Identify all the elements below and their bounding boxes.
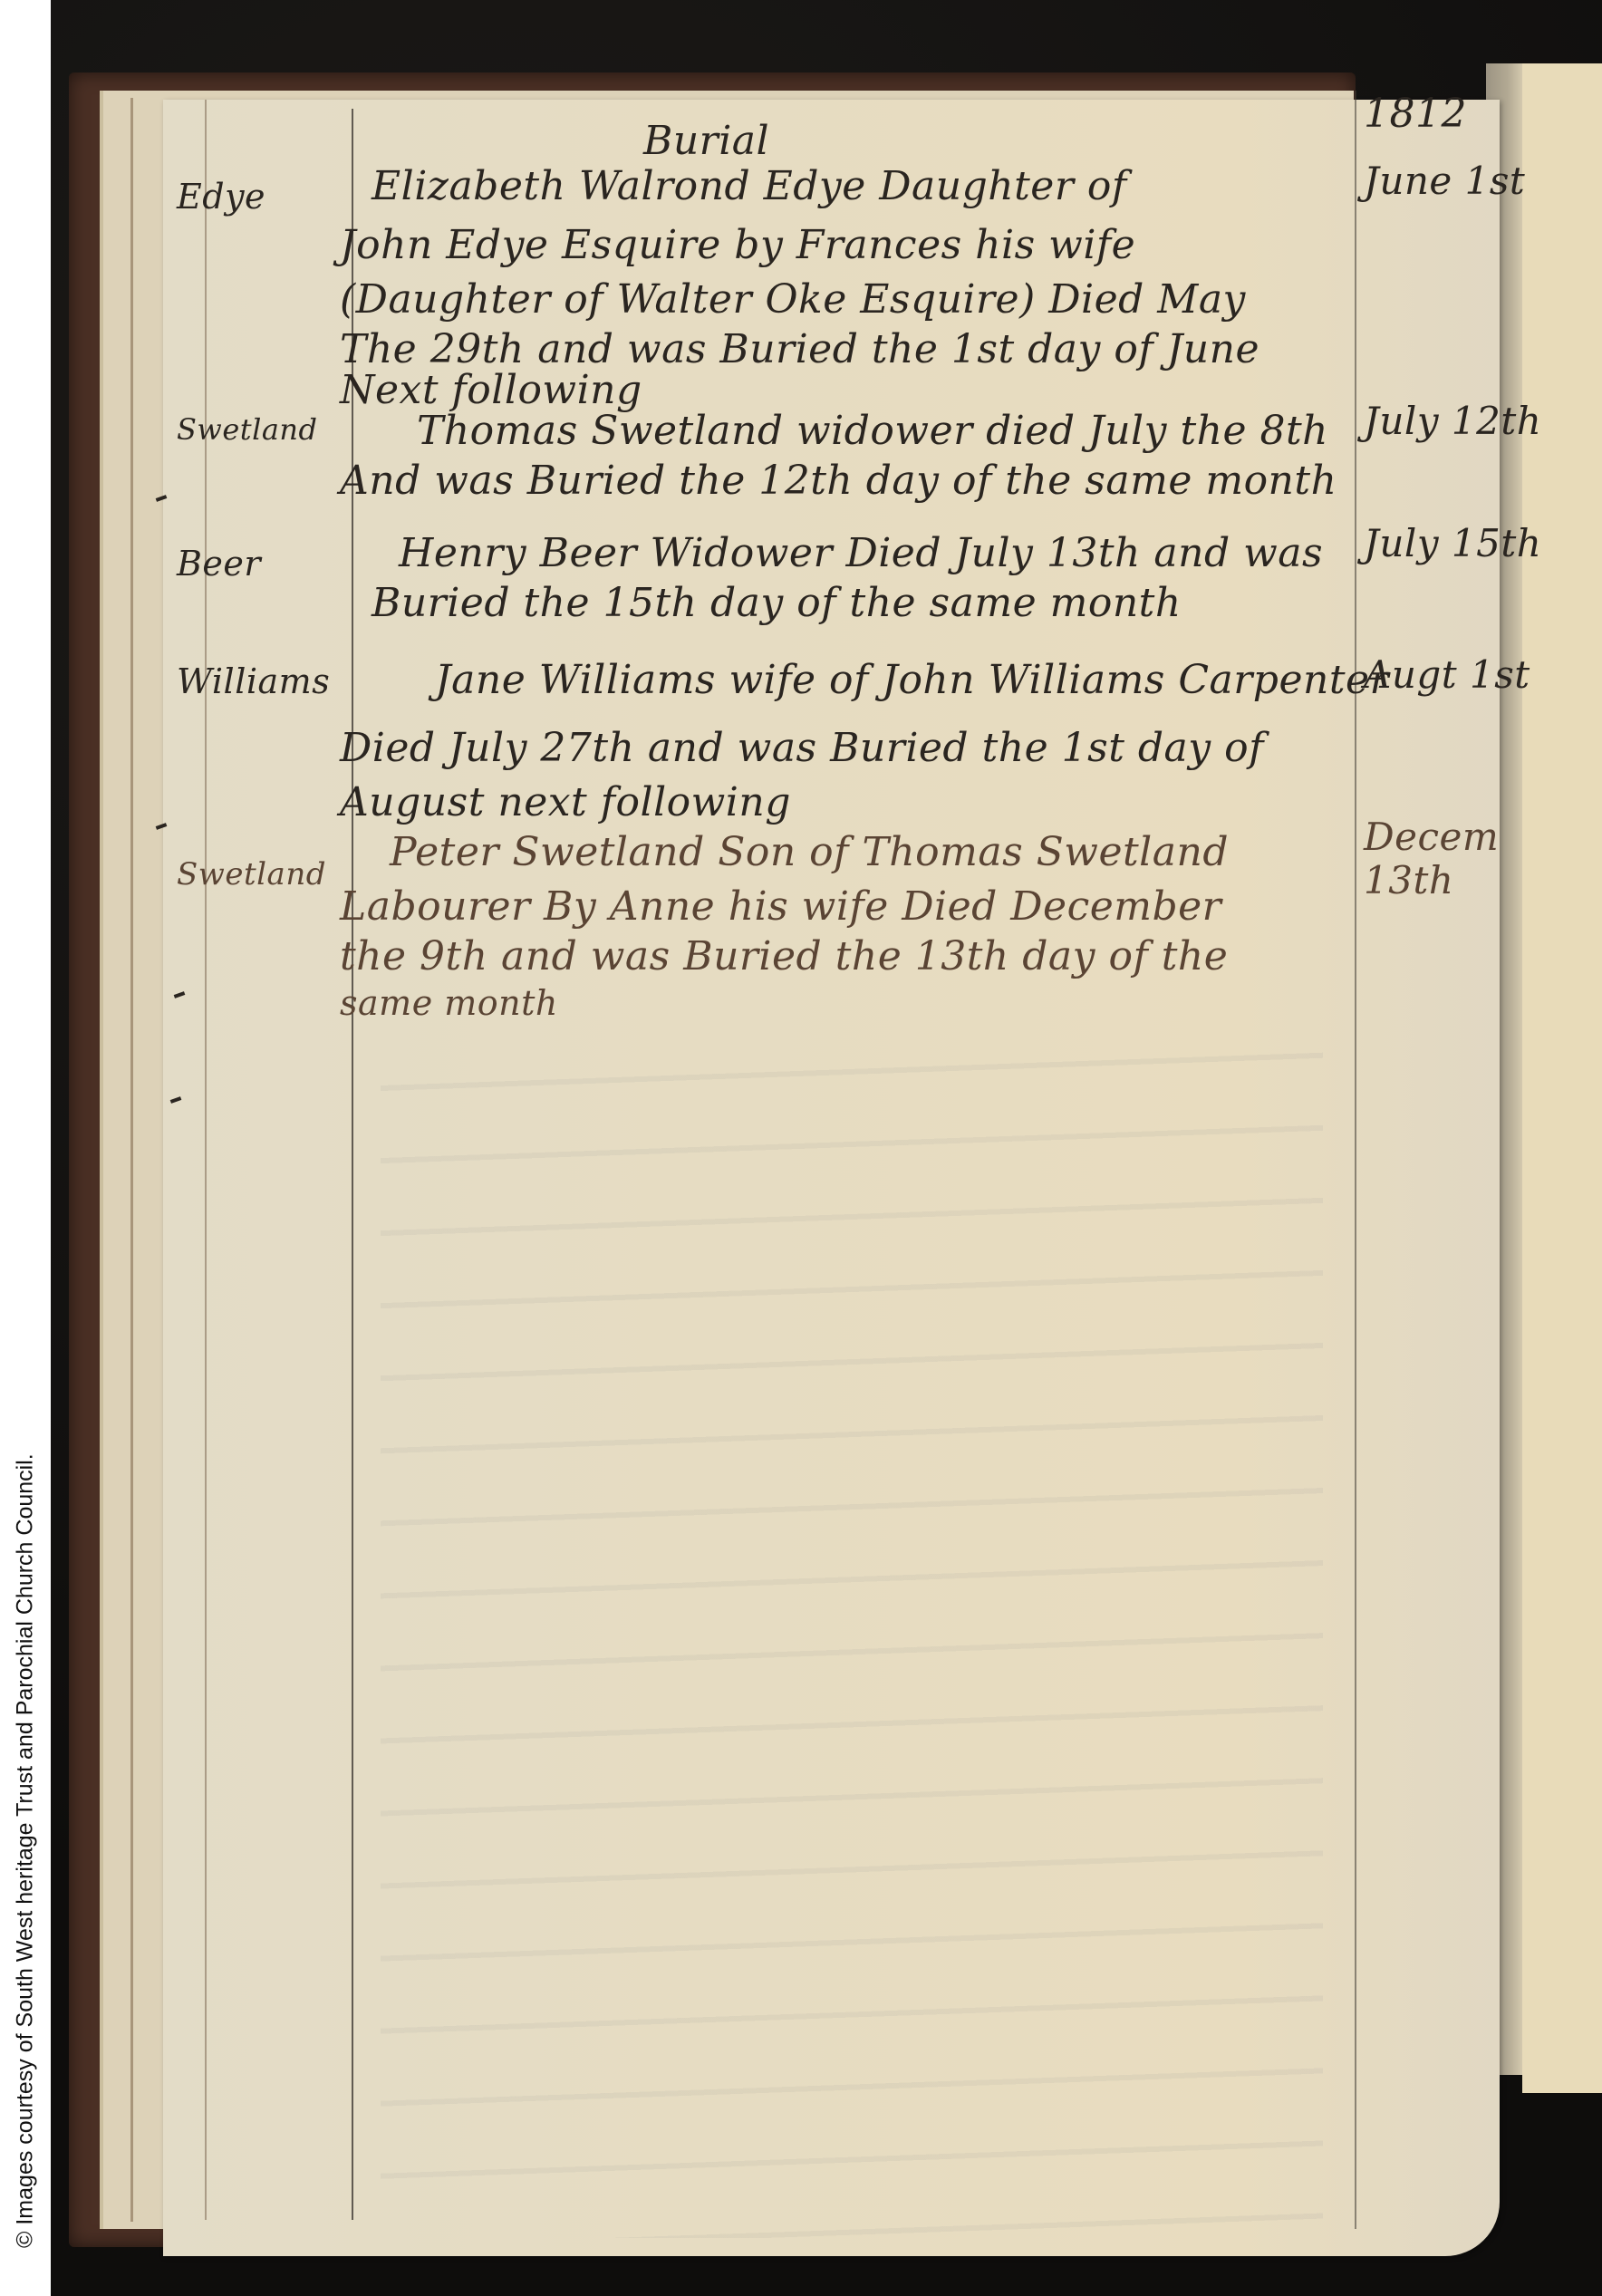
burial-date: July 12th [1364,399,1541,443]
entry-line: Thomas Swetland widower died July the 8t… [417,408,1328,454]
entry-line: Henry Beer Widower Died July 13th and wa… [399,530,1323,576]
entry-line: the 9th and was Buried the 13th day of t… [340,933,1228,979]
ink-bleed-through [381,1033,1323,2238]
entry-line: Peter Swetland Son of Thomas Swetland [390,829,1229,875]
entry-surname: Swetland [177,412,318,447]
entry-line: Died July 27th and was Buried the 1st da… [340,725,1264,771]
burial-date: July 15th [1364,521,1541,565]
entry-line: Elizabeth Walrond Edye Daughter of [372,163,1127,209]
entry-line: John Edye Esquire by Frances his wife [340,222,1135,268]
entry-line: Labourer By Anne his wife Died December [340,883,1221,930]
entry-surname: Swetland [177,856,326,892]
facing-page [1522,63,1602,2093]
date-column-rule [1355,91,1356,2229]
register-year: 1812 [1364,91,1467,137]
entry-surname: Williams [177,661,330,701]
burial-date: June 1st [1364,159,1525,203]
burial-date: Decem 13th [1364,815,1491,902]
entry-line: same month [340,983,558,1023]
entry-line: (Daughter of Walter Oke Esquire) Died Ma… [340,276,1246,323]
entry-line: Jane Williams wife of John Williams Carp… [435,657,1389,703]
entry-surname: Edye [177,177,265,217]
entry-line: August next following [340,779,791,825]
entry-line: And was Buried the 12th day of the same … [340,458,1337,504]
copyright-credit: © Images courtesy of South West heritage… [13,1453,39,2248]
surname-column-rule [352,109,353,2220]
burial-date: Augt 1st [1364,652,1530,697]
register-heading: Burial [643,118,769,164]
entry-line: Buried the 15th day of the same month [372,580,1182,626]
entry-line: Next following [340,367,642,413]
entry-line: The 29th and was Buried the 1st day of J… [340,326,1259,372]
entry-surname: Beer [177,544,261,584]
credit-strip: © Images courtesy of South West heritage… [0,0,51,2296]
